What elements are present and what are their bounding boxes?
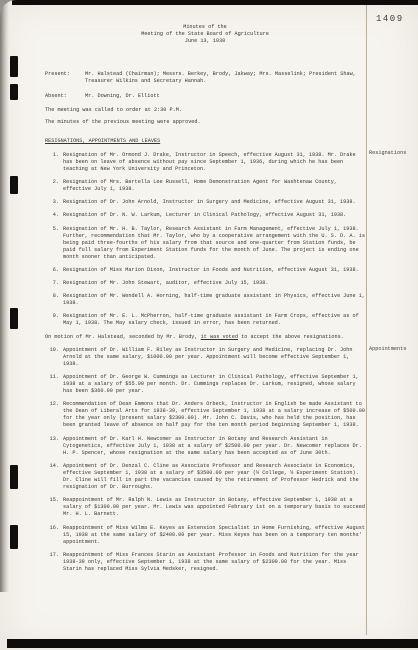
appointment-items: 10. Appointment of Dr. William F. Riley … — [45, 347, 365, 573]
absent-row: Absent: Mr. Downing, Dr. Elliott — [45, 93, 365, 100]
bottom-edge-bar — [7, 639, 418, 648]
item-text: Resignation of Dr. N. W. Larkum, Lecture… — [63, 212, 365, 219]
minutes-item: 1. Resignation of Mr. Ormond J. Drake, I… — [45, 152, 365, 173]
item-number: 7. — [45, 280, 59, 287]
page-number: 1409 — [376, 14, 404, 24]
item-number: 3. — [45, 199, 59, 206]
binding-mark — [10, 525, 18, 549]
present-value: Mr. Halstead (Chairman); Messrs. Berkey,… — [85, 71, 361, 85]
attendance-block: Present: Mr. Halstead (Chairman); Messrs… — [45, 71, 365, 100]
margin-note-resignations: Resignations — [369, 150, 417, 157]
header-line-1: Minutes of the — [45, 24, 365, 31]
scanned-page: 1409 Minutes of the Meeting of the State… — [0, 0, 418, 650]
item-text: Resignation of Dr. John Arnold, Instruct… — [63, 199, 365, 206]
minutes-approved-paragraph: The minutes of the previous meeting were… — [45, 119, 365, 126]
minutes-item: 6. Resignation of Miss Marion Dixon, Ins… — [45, 267, 365, 274]
item-text: Recommendation of Dean Emmons that Dr. A… — [63, 401, 365, 429]
binding-mark — [10, 465, 18, 489]
item-number: 4. — [45, 212, 59, 219]
item-number: 15. — [45, 497, 59, 518]
minutes-item: 17. Reappointment of Miss Frances Starin… — [45, 552, 365, 573]
minutes-item: 16. Reappointment of Miss Wilma E. Keyes… — [45, 525, 365, 546]
item-text: Reappointment of Miss Wilma E. Keyes as … — [63, 525, 365, 546]
item-text: Resignation of Mr. H. B. Taylor, Researc… — [63, 226, 365, 261]
minutes-item: 5. Resignation of Mr. H. B. Taylor, Rese… — [45, 226, 365, 261]
minutes-item: 7. Resignation of Mr. John Stewart, audi… — [45, 280, 365, 287]
item-text: Appointment of Dr. George W. Cummings as… — [63, 374, 365, 395]
header-line-3: June 13, 1938 — [45, 38, 365, 45]
absent-value: Mr. Downing, Dr. Elliott — [85, 93, 361, 100]
section-heading: RESIGNATIONS, APPOINTMENTS AND LEAVES — [45, 138, 365, 145]
item-number: 1. — [45, 152, 59, 173]
item-text: Resignation of Mr. E. L. McPherron, half… — [63, 313, 365, 327]
item-number: 9. — [45, 313, 59, 327]
header-line-2: Meeting of the State Board of Agricultur… — [45, 31, 365, 38]
item-number: 10. — [45, 347, 59, 368]
minutes-item: 12. Recommendation of Dean Emmons that D… — [45, 401, 365, 429]
item-number: 11. — [45, 374, 59, 395]
item-text: Appointment of Dr. Karl H. Newcomer as I… — [63, 436, 365, 457]
item-number: 14. — [45, 463, 59, 491]
minutes-item: 13. Appointment of Dr. Karl H. Newcomer … — [45, 436, 365, 457]
binding-mark — [10, 176, 18, 194]
present-row: Present: Mr. Halstead (Chairman); Messrs… — [45, 71, 365, 85]
minutes-item: 9. Resignation of Mr. E. L. McPherron, h… — [45, 313, 365, 327]
binding-mark — [10, 56, 18, 77]
minutes-header: Minutes of the Meeting of the State Boar… — [45, 24, 365, 45]
minutes-item: 4. Resignation of Dr. N. W. Larkum, Lect… — [45, 212, 365, 219]
minutes-content: Minutes of the Meeting of the State Boar… — [45, 24, 365, 579]
item-text: Appointment of Dr. Denzal C. Cline as As… — [63, 463, 365, 491]
item-text: Reappointment of Miss Frances Starin as … — [63, 552, 365, 573]
motion-voted-underlined: it was voted — [201, 334, 238, 340]
item-number: 6. — [45, 267, 59, 274]
item-text: Resignation of Mr. Ormond J. Drake, Inst… — [63, 152, 365, 173]
minutes-item: 3. Resignation of Dr. John Arnold, Instr… — [45, 199, 365, 206]
minutes-item: 14. Appointment of Dr. Denzal C. Cline a… — [45, 463, 365, 491]
present-label: Present: — [45, 71, 85, 85]
resignation-items: 1. Resignation of Mr. Ormond J. Drake, I… — [45, 152, 365, 328]
minutes-item: 2. Resignation of Mrs. Bertella Lee Russ… — [45, 179, 365, 193]
motion-text-pre: On motion of Mr. Halstead, seconded by M… — [45, 334, 201, 340]
item-number: 2. — [45, 179, 59, 193]
item-number: 16. — [45, 525, 59, 546]
item-number: 13. — [45, 436, 59, 457]
minutes-item: 10. Appointment of Dr. William F. Riley … — [45, 347, 365, 368]
item-number: 12. — [45, 401, 59, 429]
item-number: 8. — [45, 293, 59, 307]
item-text: Resignation of Mr. John Stewart, auditor… — [63, 280, 365, 287]
binding-mark — [10, 308, 18, 329]
item-number: 5. — [45, 226, 59, 261]
binding-strip — [0, 0, 9, 592]
minutes-item: 8. Resignation of Mr. Wendell A. Horning… — [45, 293, 365, 307]
top-edge-bar — [12, 0, 418, 5]
minutes-item: 11. Appointment of Dr. George W. Cumming… — [45, 374, 365, 395]
item-text: Resignation of Miss Marion Dixon, Instru… — [63, 267, 365, 274]
item-number: 17. — [45, 552, 59, 573]
item-text: Resignation of Mrs. Bertella Lee Russell… — [63, 179, 365, 193]
item-text: Appointment of Dr. William F. Riley as I… — [63, 347, 365, 368]
minutes-item: 15. Reappointment of Mr. Ralph N. Lewis … — [45, 497, 365, 518]
motion-paragraph: On motion of Mr. Halstead, seconded by M… — [45, 334, 365, 341]
margin-note-appointments: Appointments — [369, 346, 417, 353]
item-text: Resignation of Mr. Wendell A. Horning, h… — [63, 293, 365, 307]
binding-mark — [10, 84, 18, 100]
absent-label: Absent: — [45, 93, 85, 100]
motion-text-post: to accept the above resignations. — [238, 334, 344, 340]
called-to-order-paragraph: The meeting was called to order at 2:30 … — [45, 107, 365, 114]
margin-rule — [366, 5, 367, 635]
item-text: Reappointment of Mr. Ralph N. Lewis as I… — [63, 497, 365, 518]
